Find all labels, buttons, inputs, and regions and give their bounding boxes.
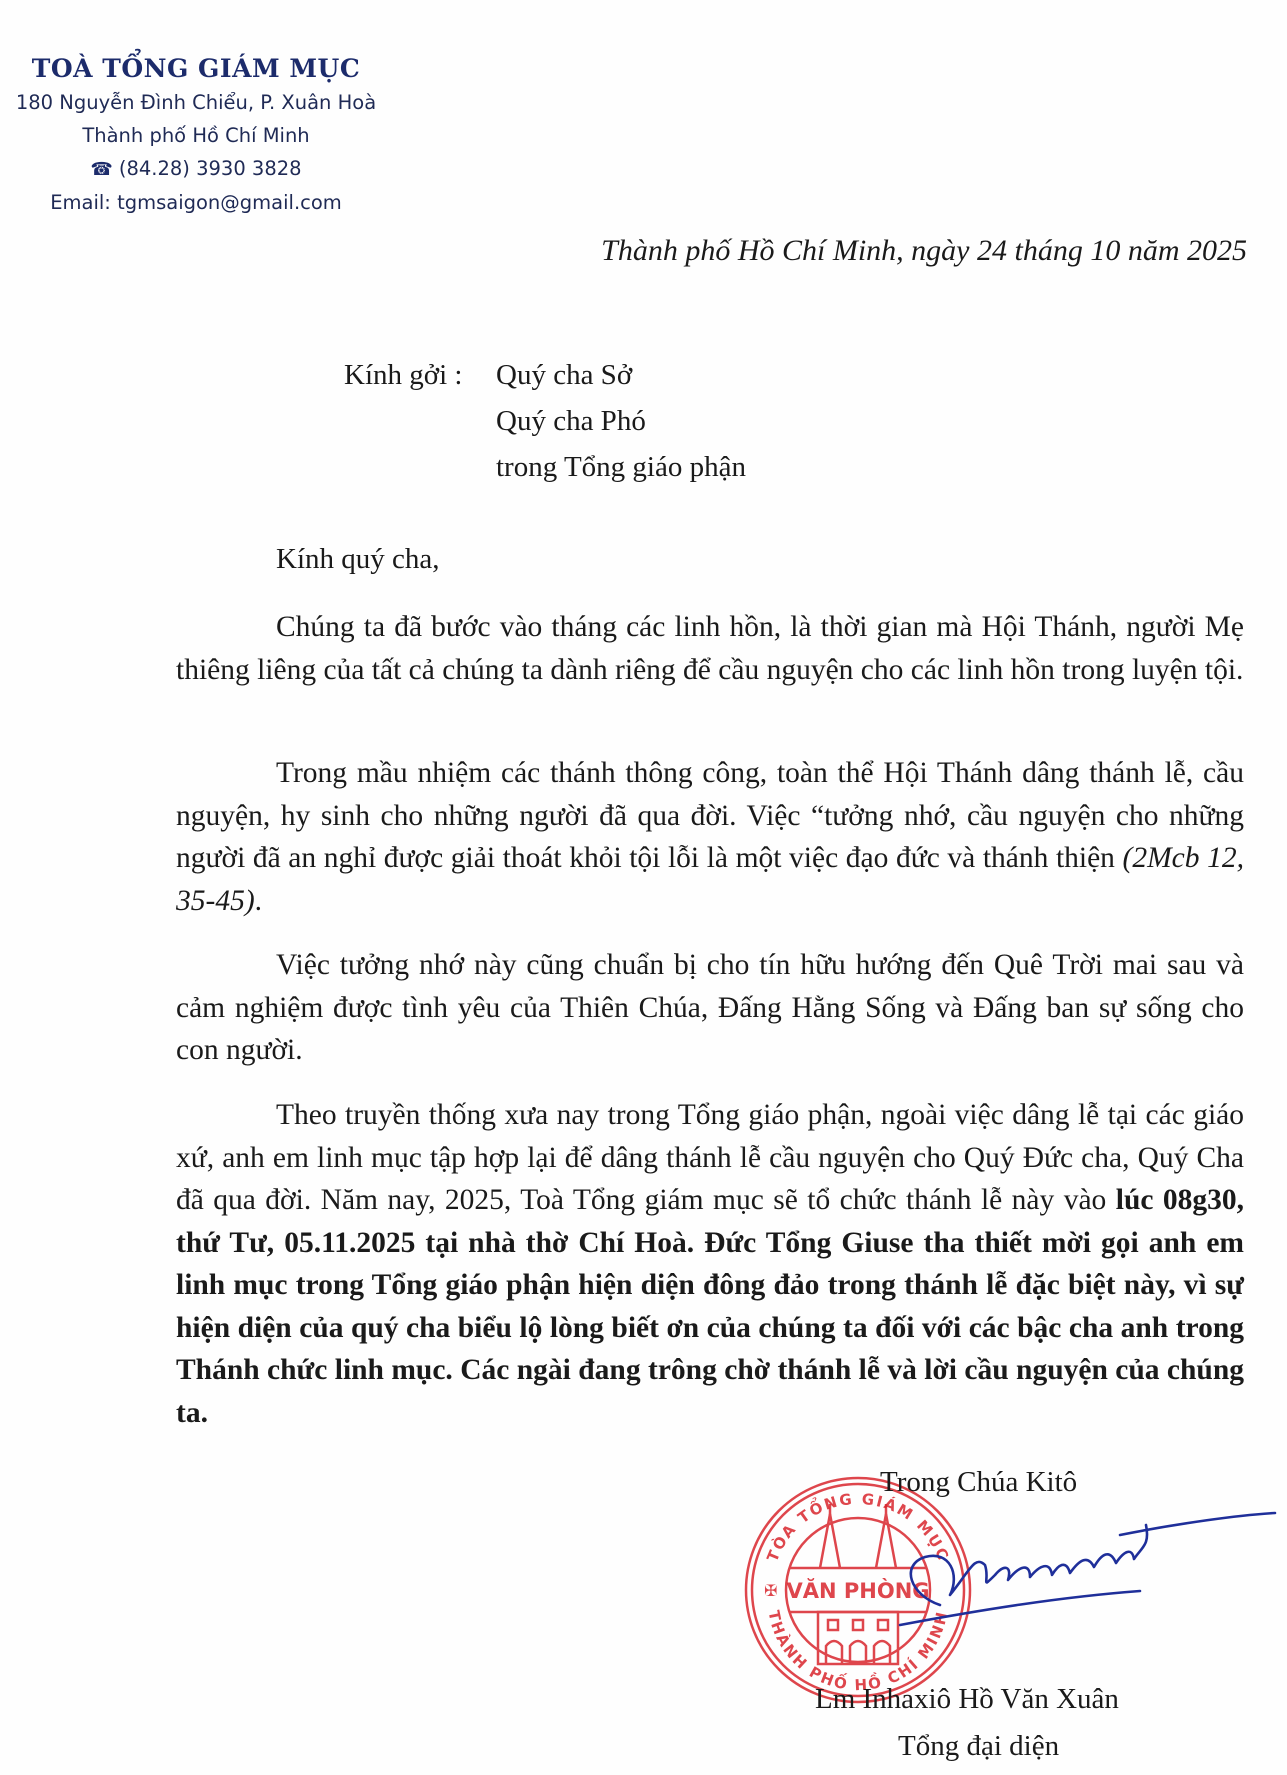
recipient-line: Quý cha Sở (496, 352, 632, 398)
phone-line: ☎(84.28) 3930 3828 (0, 152, 392, 186)
paragraph-4-text: Theo truyền thống xưa nay trong Tổng giá… (176, 1099, 1244, 1216)
letterhead: TOÀ TỔNG GIÁM MỤC 180 Nguyễn Đình Chiểu,… (0, 52, 392, 219)
recipients: Kính gởi : Quý cha Sở Quý cha Phó trong … (344, 352, 746, 490)
email-line: Email: tgmsaigon@gmail.com (0, 186, 392, 219)
signer-name: Lm Inhaxiô Hồ Văn Xuân (815, 1683, 1119, 1716)
phone-icon: ☎ (90, 159, 112, 180)
handwritten-signature (880, 1495, 1280, 1635)
paragraph-2-end: . (255, 885, 262, 917)
address-line-2: Thành phố Hồ Chí Minh (0, 119, 392, 152)
paragraph-2-text: Trong mầu nhiệm các thánh thông công, to… (176, 757, 1244, 874)
paragraph-2: Trong mầu nhiệm các thánh thông công, to… (176, 752, 1244, 922)
greeting: Kính quý cha, (276, 543, 440, 576)
paragraph-1-text: Chúng ta đã bước vào tháng các linh hồn,… (176, 606, 1244, 691)
recipient-line: trong Tổng giáo phận (496, 444, 746, 490)
address-line-1: 180 Nguyễn Đình Chiểu, P. Xuân Hoà (0, 86, 392, 119)
svg-text:✠: ✠ (764, 1581, 777, 1600)
dateline: Thành phố Hồ Chí Minh, ngày 24 tháng 10 … (601, 234, 1247, 268)
letter-page: TOÀ TỔNG GIÁM MỤC 180 Nguyễn Đình Chiểu,… (0, 0, 1287, 1775)
signer-title: Tổng đại diện (898, 1730, 1059, 1763)
event-details-bold: lúc 08g30, thứ Tư, 05.11.2025 tại nhà th… (176, 1184, 1244, 1429)
recipient-line: Quý cha Phó (496, 398, 646, 444)
paragraph-3-text: Việc tưởng nhớ này cũng chuẩn bị cho tín… (176, 944, 1244, 1072)
paragraph-3: Việc tưởng nhớ này cũng chuẩn bị cho tín… (176, 944, 1244, 1072)
phone-number: (84.28) 3930 3828 (119, 157, 302, 180)
organization-name: TOÀ TỔNG GIÁM MỤC (0, 52, 392, 86)
paragraph-1: Chúng ta đã bước vào tháng các linh hồn,… (176, 606, 1244, 691)
recipients-label: Kính gởi : (344, 352, 496, 398)
paragraph-4: Theo truyền thống xưa nay trong Tổng giá… (176, 1094, 1244, 1434)
